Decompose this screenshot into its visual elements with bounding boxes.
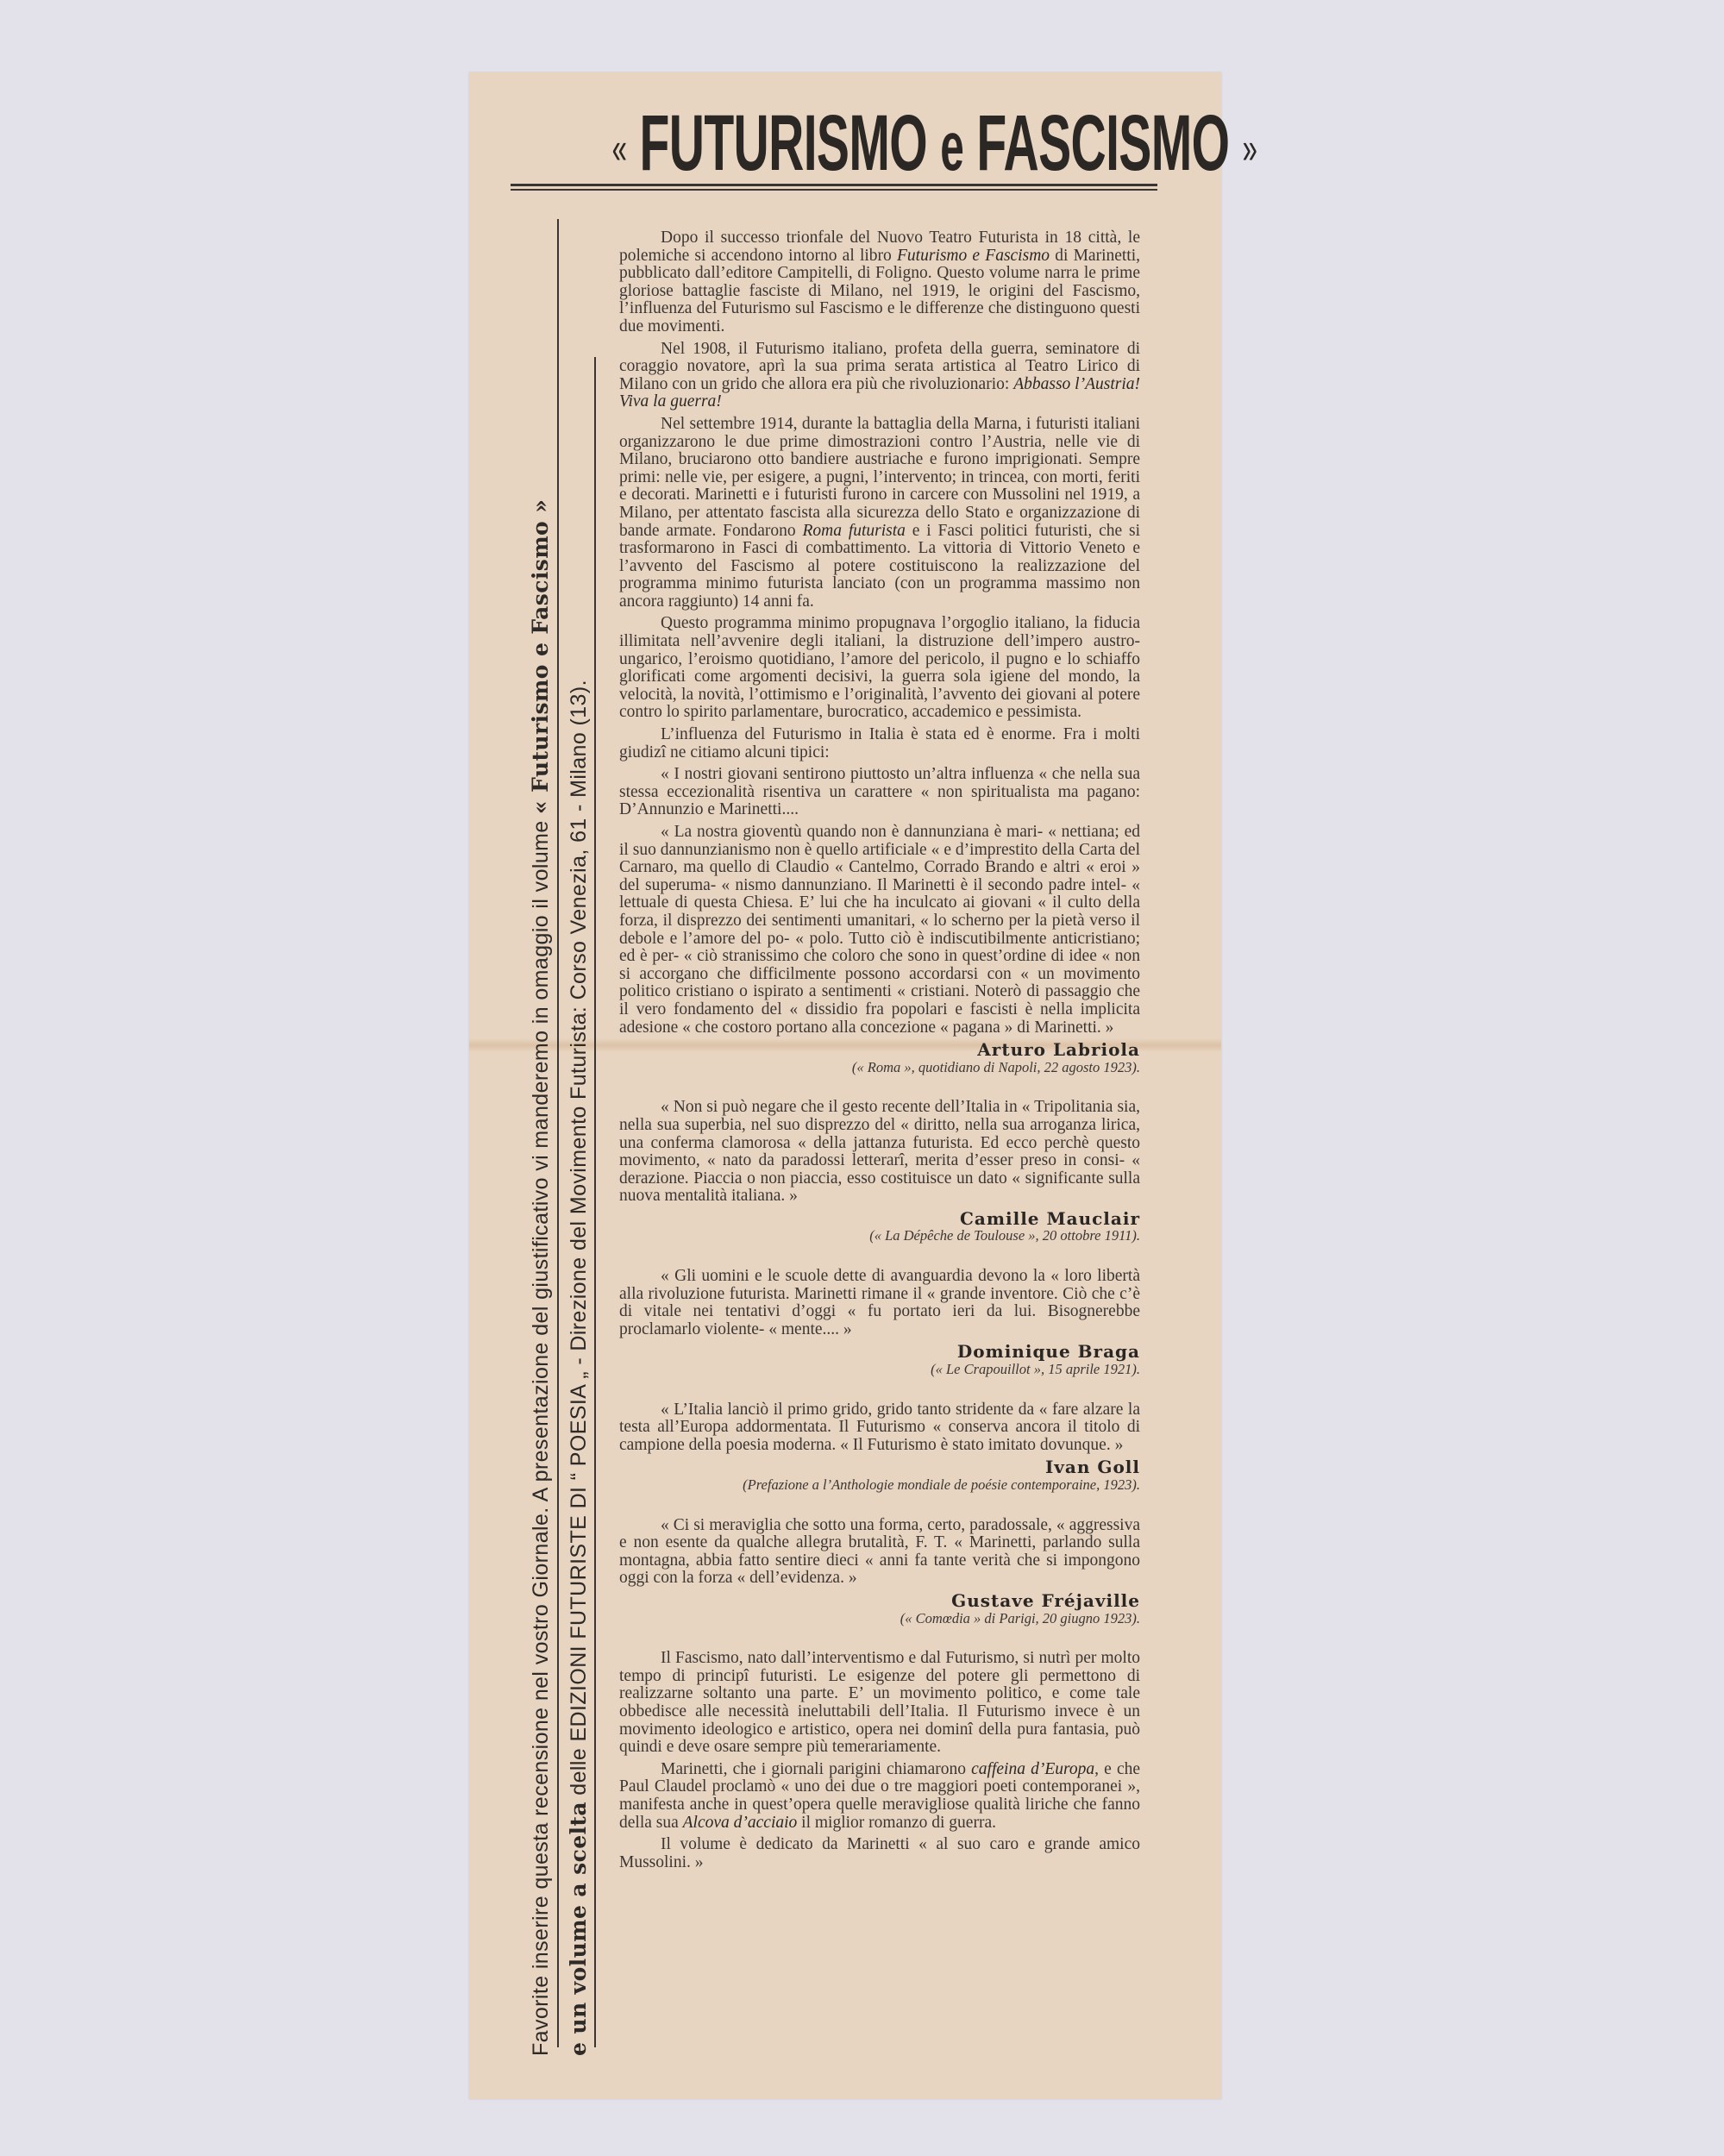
quote-braga: « Gli uomini e le scuole dette di avangu… bbox=[619, 1268, 1140, 1338]
quote-labriola-part-1: « I nostri giovani sentirono piuttosto u… bbox=[619, 766, 1140, 819]
quote-source: (« Roma », quotidiano di Napoli, 22 agos… bbox=[619, 1059, 1140, 1077]
sidebar-line1-text: Favorite inserire questa recensione nel … bbox=[529, 820, 553, 2056]
title-close-quote: » bbox=[1243, 124, 1257, 172]
quote-frejaville: « Ci si meraviglia che sotto una forma, … bbox=[619, 1517, 1140, 1588]
publication-italic: Roma futurista bbox=[803, 522, 906, 540]
paragraph-text: il miglior romanzo di guerra. bbox=[797, 1814, 996, 1832]
quote-source: (« La Dépêche de Toulouse », 20 ottobre … bbox=[619, 1227, 1140, 1245]
book-title-italic: Futurismo e Fascismo bbox=[897, 247, 1050, 265]
paragraph-text: Marinetti, che i giornali parigini chiam… bbox=[661, 1760, 971, 1778]
quote-goll: « L’Italia lanciò il primo grido, grido … bbox=[619, 1401, 1140, 1455]
quote-author: Camille Mauclair bbox=[619, 1210, 1140, 1228]
flyer-sheet: « FUTURISMO e FASCISMO » Favorite inseri… bbox=[469, 72, 1221, 2099]
paragraph-1908: Nel 1908, il Futurismo italiano, profeta… bbox=[619, 341, 1140, 411]
sidebar-notice-line-2: e un volume a scelta delle EDIZIONI FUTU… bbox=[566, 680, 592, 2056]
paragraph-marinetti: Marinetti, che i giornali parigini chiam… bbox=[619, 1761, 1140, 1832]
epithet-italic: caffeina d’Europa bbox=[971, 1760, 1094, 1778]
quote-author: Ivan Goll bbox=[619, 1458, 1140, 1476]
sidebar-line2-bold: e un volume a scelta bbox=[566, 1802, 591, 2056]
quote-source: (Prefazione a l’Anthologie mondiale de p… bbox=[619, 1476, 1140, 1495]
quote-source: (« Comœdia » di Parigi, 20 giugno 1923). bbox=[619, 1610, 1140, 1628]
paragraph-dedica: Il volume è dedicato da Marinetti « al s… bbox=[619, 1836, 1140, 1871]
sidebar-rule-1 bbox=[557, 219, 559, 2047]
quote-source: (« Le Crapouillot », 15 aprile 1921). bbox=[619, 1361, 1140, 1379]
paragraph-1914: Nel settembre 1914, durante la battaglia… bbox=[619, 416, 1140, 611]
article-body: Dopo il successo trionfale del Nuovo Tea… bbox=[619, 229, 1140, 1876]
paragraph-intro: Dopo il successo trionfale del Nuovo Tea… bbox=[619, 229, 1140, 336]
page-title: « FUTURISMO e FASCISMO » bbox=[612, 98, 1079, 189]
title-part-1: FUTURISMO bbox=[640, 99, 927, 187]
paragraph-fascismo: Il Fascismo, nato dall’interventismo e d… bbox=[619, 1650, 1140, 1757]
quote-mauclair: « Non si può negare che il gesto recente… bbox=[619, 1099, 1140, 1206]
title-open-quote: « bbox=[612, 124, 627, 172]
title-conjunction: e bbox=[940, 108, 963, 185]
paragraph-programma: Questo programma minimo propugnava l’org… bbox=[619, 615, 1140, 722]
sidebar-line1-book-title: « Futurismo e Fascismo » bbox=[528, 499, 553, 814]
title-rule-bottom bbox=[511, 189, 1157, 191]
title-rule-top bbox=[511, 184, 1157, 186]
sidebar-line2-text: delle EDIZIONI FUTURISTE DI “ POESIA „ -… bbox=[567, 680, 591, 1796]
novel-title-italic: Alcova d’acciaio bbox=[683, 1814, 798, 1832]
quote-labriola-part-2: « La nostra gioventù quando non è dannun… bbox=[619, 824, 1140, 1037]
quote-author: Dominique Braga bbox=[619, 1343, 1140, 1361]
sidebar-notice-line-1: Favorite inserire questa recensione nel … bbox=[528, 499, 554, 2056]
quote-author: Arturo Labriola bbox=[619, 1041, 1140, 1059]
paragraph-influenza: L’influenza del Futurismo in Italia è st… bbox=[619, 726, 1140, 761]
sidebar-rule-2 bbox=[594, 357, 596, 2047]
title-part-2: FASCISMO bbox=[976, 99, 1229, 187]
quote-author: Gustave Fréjaville bbox=[619, 1592, 1140, 1610]
